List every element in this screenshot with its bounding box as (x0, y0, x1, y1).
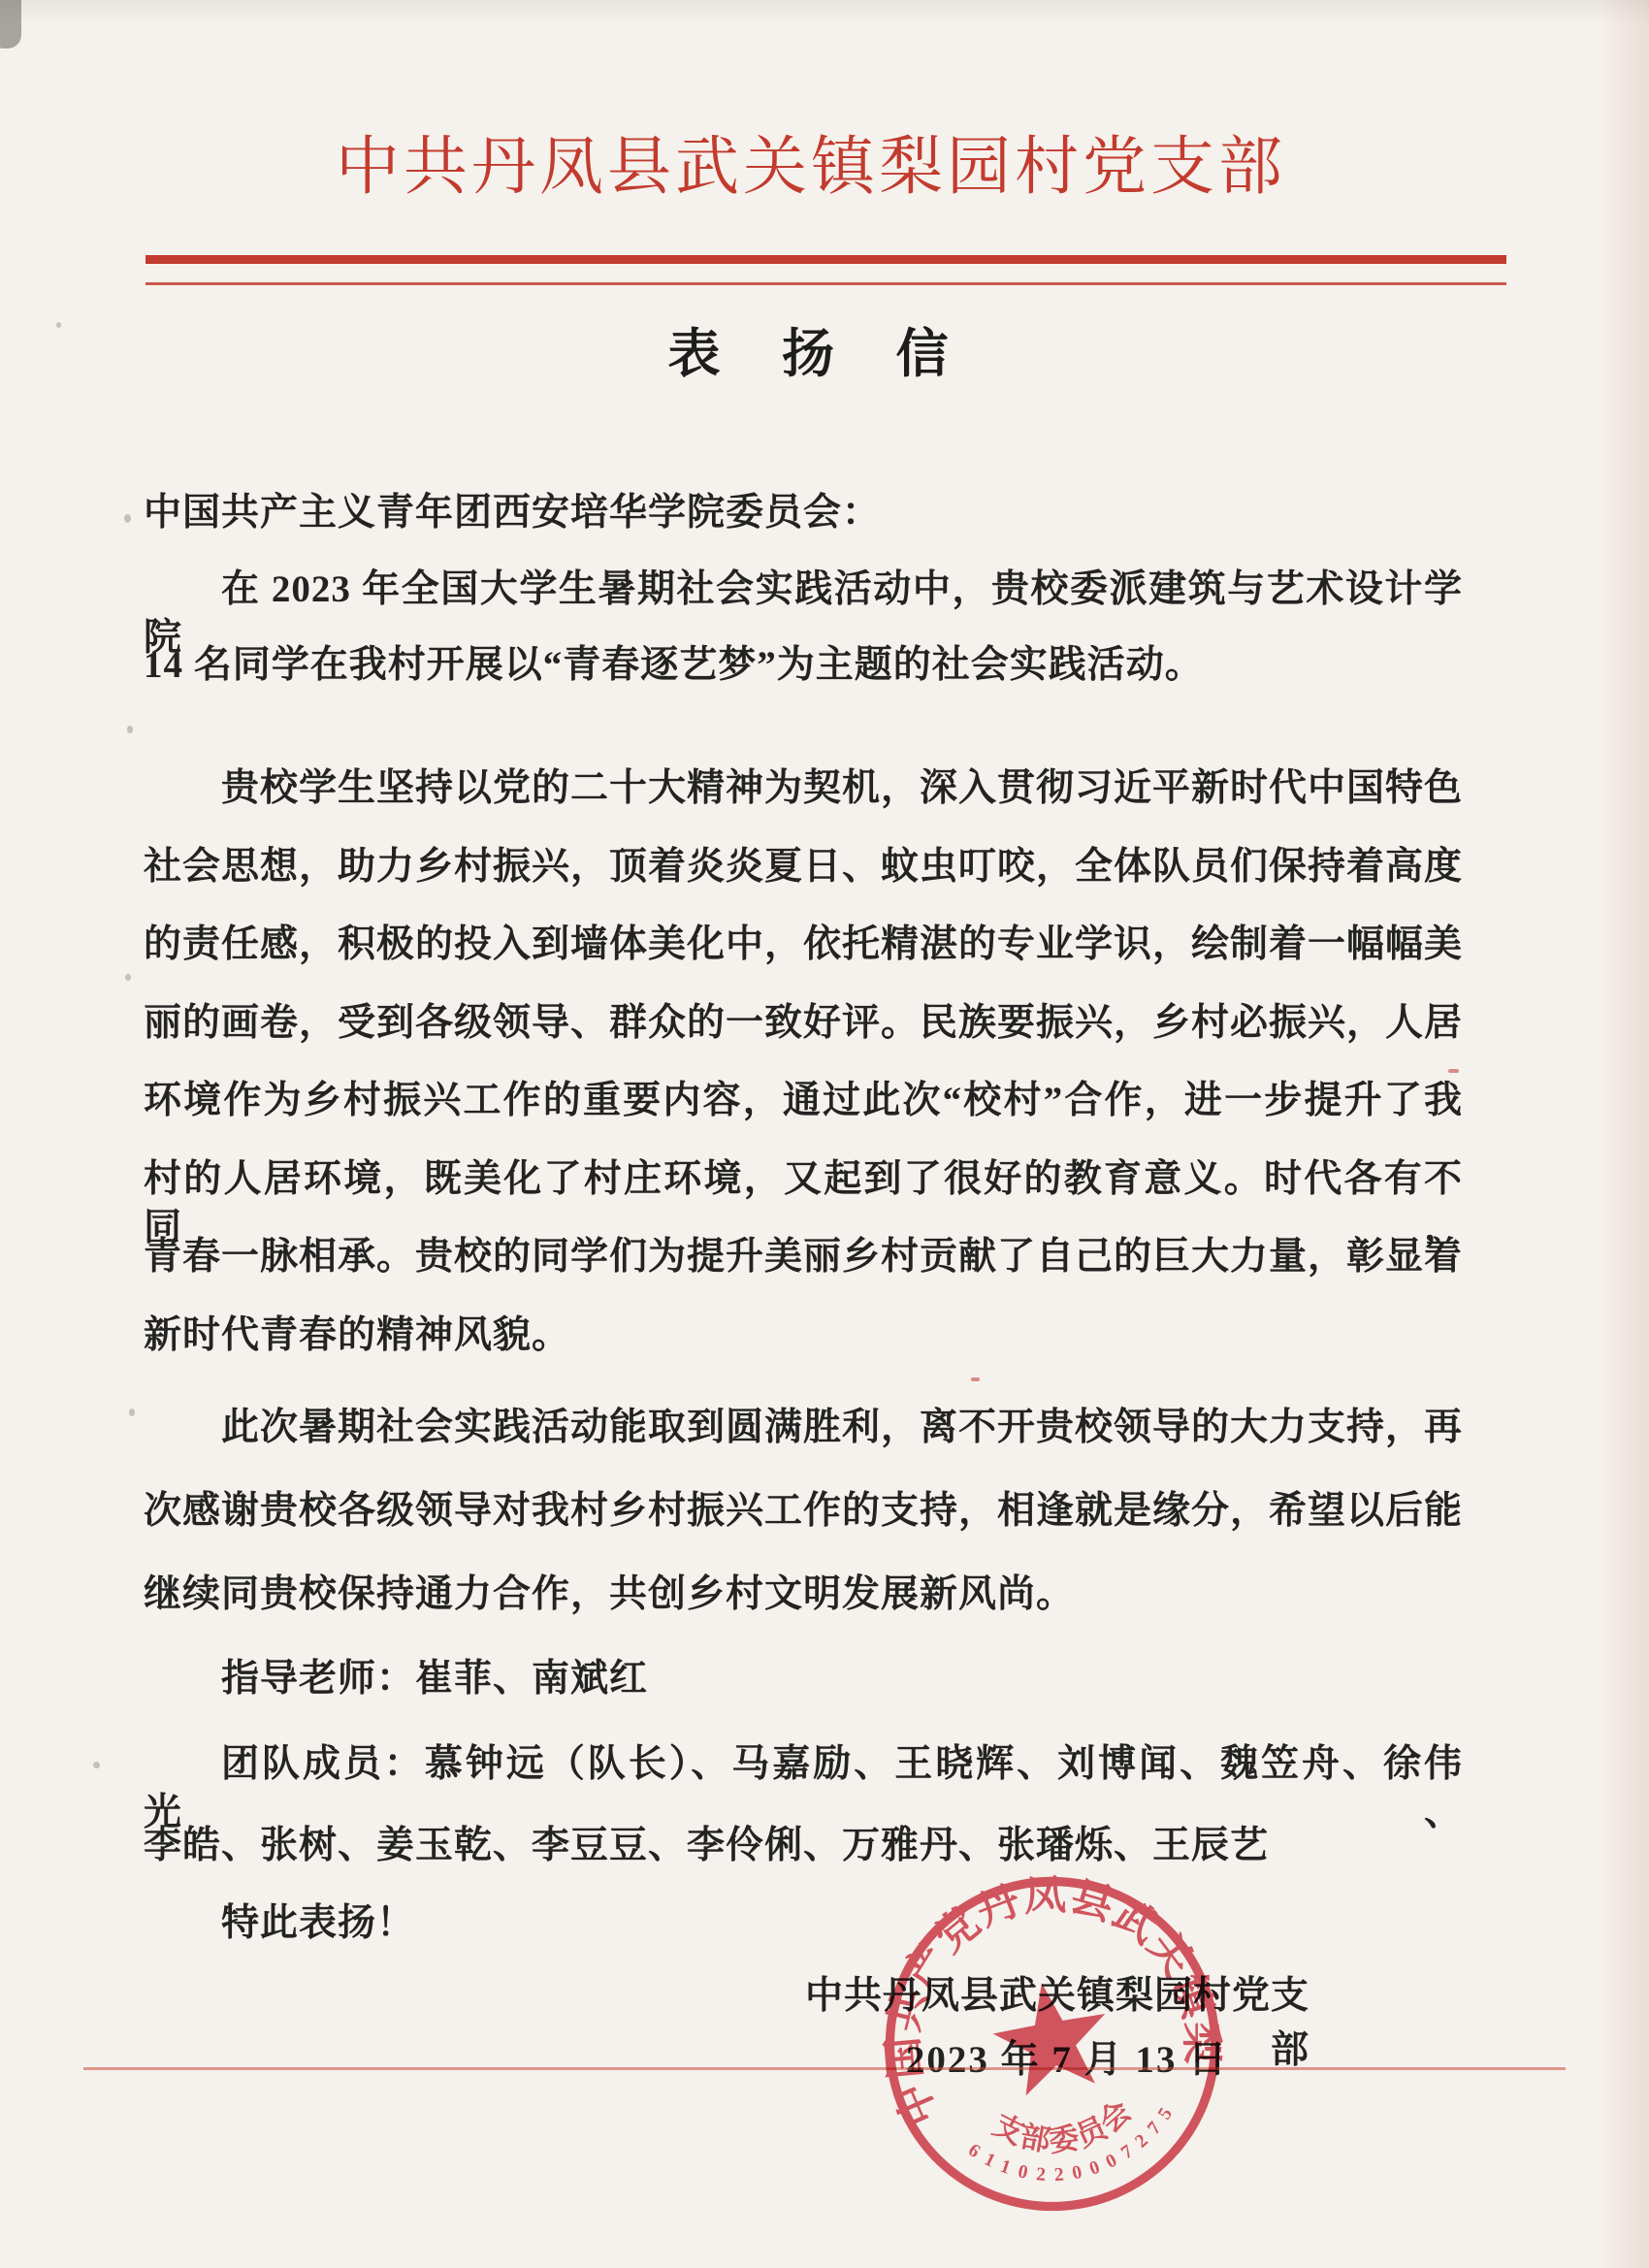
official-seal: 中国共产党丹凤县武关镇梨园村 支部委员会 6110220007275 (845, 1836, 1261, 2252)
scan-speck-red (1448, 1069, 1459, 1073)
svg-text:支部委员会: 支部委员会 (984, 2086, 1144, 2170)
salutation: 中国共产主义青年团西安培华学院委员会： (144, 489, 1463, 537)
scan-edge-shadow-top (0, 0, 1649, 25)
letterhead-org-name: 中共丹凤县武关镇梨园村党支部 (0, 114, 1622, 207)
scan-speck (125, 974, 131, 981)
body-line-team-members: 李皓、张树、姜玉乾、李豆豆、李伶俐、万雅丹、张璠烁、王辰艺 (144, 1822, 1463, 1870)
body-line: 青春一脉相承。贵校的同学们为提升美丽乡村贡献了自己的巨大力量，彰显着 (144, 1233, 1463, 1281)
letterhead-divider-thin (145, 282, 1506, 285)
scan-speck-red (971, 1377, 980, 1381)
body-line: 丽的画卷，受到各级领导、群众的一致好评。民族要振兴，乡村必振兴，人居 (144, 999, 1463, 1048)
body-line: 新时代青春的精神风貌。 (144, 1312, 1463, 1360)
scan-speck (127, 726, 133, 733)
body-line-instructors: 指导老师：崔菲、南斌红 (144, 1655, 1463, 1703)
seal-ring-text: 中国共产党丹凤县武关镇梨园村 (845, 1836, 1234, 2140)
scan-speck (93, 1762, 100, 1768)
scan-speck (124, 514, 131, 523)
scan-speck (129, 1409, 135, 1416)
svg-text:中国共产党丹凤县武关镇梨园村: 中国共产党丹凤县武关镇梨园村 (845, 1836, 1234, 2140)
seal-bottom-text: 支部委员会 (984, 2086, 1144, 2170)
body-line: 次感谢贵校各级领导对我村乡村振兴工作的支持，相逢就是缘分，希望以后能 (144, 1487, 1463, 1536)
body-line: 社会思想，助力乡村振兴，顶着炎炎夏日、蚊虫叮咬，全体队员们保持着高度 (144, 843, 1463, 891)
body-line: 环境作为乡村振兴工作的重要内容，通过此次“校村”合作，进一步提升了我 (144, 1077, 1463, 1125)
scanned-letter-page: 中共丹凤县武关镇梨园村党支部 表 扬 信 中国共产主义青年团西安培华学院委员会：… (0, 0, 1649, 2268)
scan-artifact-line (83, 2067, 1566, 2070)
letterhead-divider-thick (145, 255, 1506, 264)
scan-corner-mark (0, 0, 21, 49)
body-line-commendation: 特此表扬！ (144, 1899, 1463, 1948)
body-line: 此次暑期社会实践活动能取到圆满胜利，离不开贵校领导的大力支持，再 (144, 1404, 1463, 1452)
body-line: 继续同贵校保持通力合作，共创乡村文明发展新风尚。 (144, 1571, 1463, 1619)
seal-star-icon (986, 1973, 1116, 2099)
letter-title: 表 扬 信 (0, 312, 1622, 387)
body-line: 的责任感，积极的投入到墙体美化中，依托精湛的专业学识，绘制着一幅幅美 (144, 921, 1463, 969)
body-line: 14 名同学在我村开展以“青春逐艺梦”为主题的社会实践活动。 (144, 641, 1463, 690)
body-line: 贵校学生坚持以党的二十大精神为契机，深入贯彻习近平新时代中国特色 (144, 764, 1463, 813)
